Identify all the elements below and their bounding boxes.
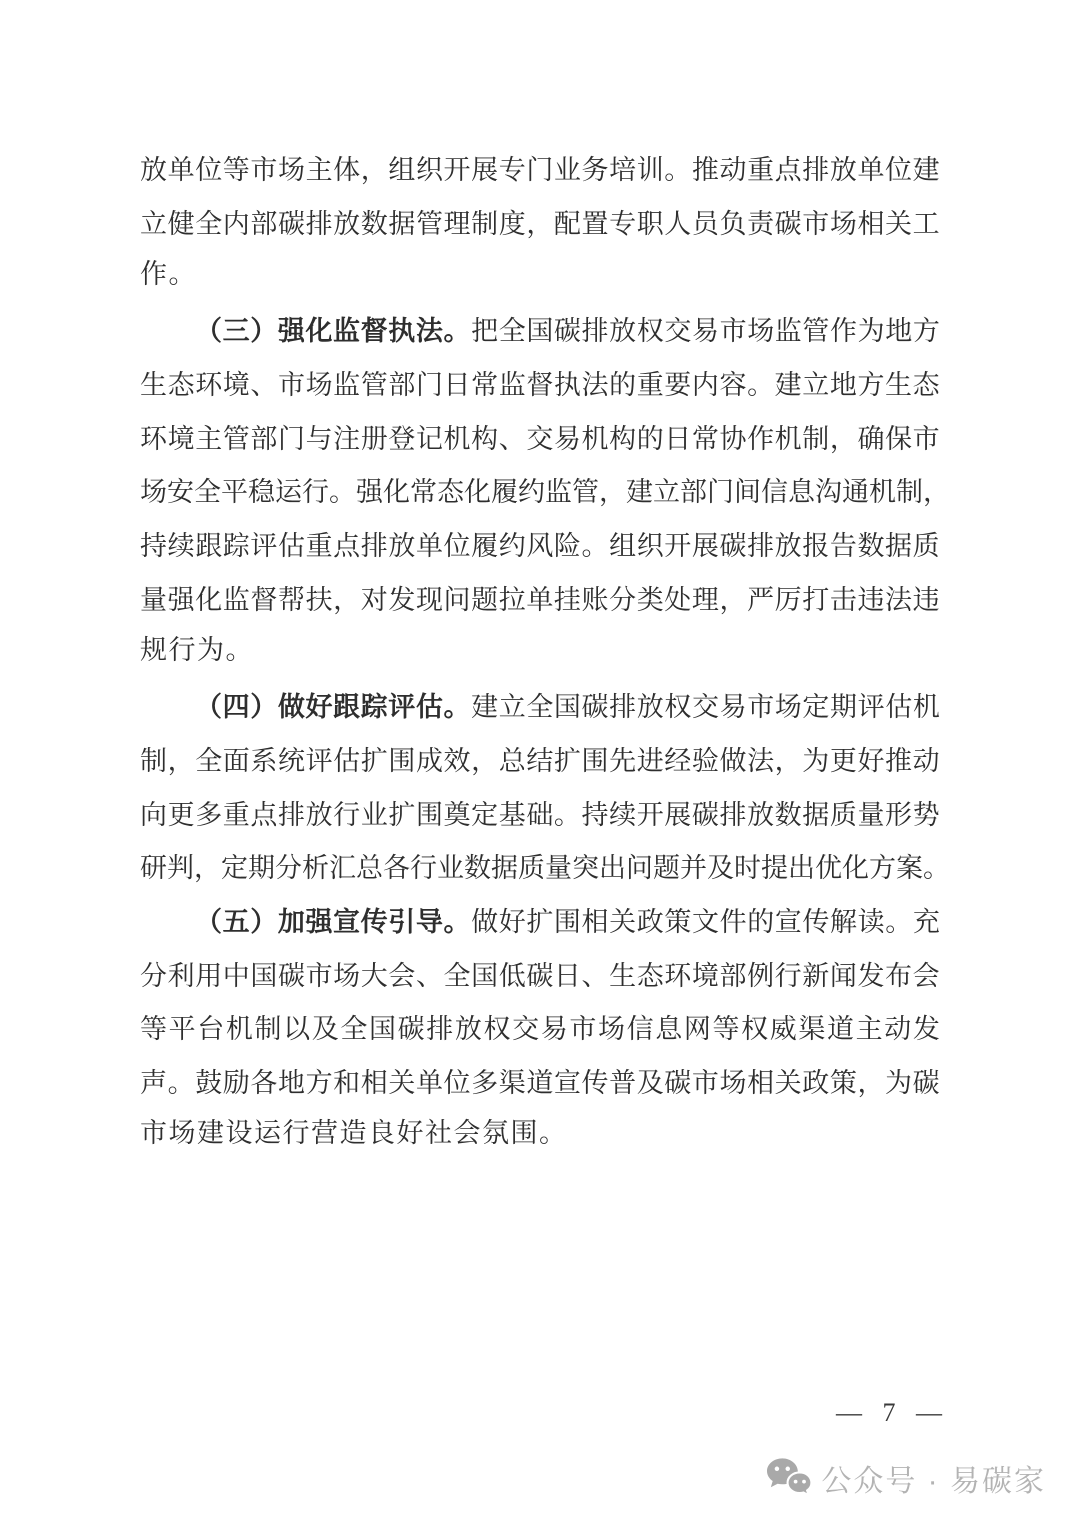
text-line: 制，全面系统评估扩围成效，总结扩围先进经验做法，为更好推动	[140, 732, 940, 786]
wechat-icon	[765, 1457, 812, 1500]
text-line: 持续跟踪评估重点排放单位履约风险。组织开展碳排放报告数据质	[140, 517, 940, 571]
text-line: （三）强化监督执法。把全国碳排放权交易市场监管作为地方	[140, 302, 940, 356]
watermark-text: 公众号 · 易碳家	[821, 1456, 1046, 1500]
text-line: 环境主管部门与注册登记机构、交易机构的日常协作机制，确保市	[140, 409, 940, 463]
document-body: 放单位等市场主体，组织开展专门业务培训。推动重点排放单位建立健全内部碳排放数据管…	[140, 141, 940, 1161]
text-line: 生态环境、市场监管部门日常监督执法的重要内容。建立地方生态	[140, 356, 940, 410]
text-line: （五）加强宣传引导。做好扩围相关政策文件的宣传解读。充	[140, 893, 940, 947]
text-line: 立健全内部碳排放数据管理制度，配置专职人员负责碳市场相关工	[140, 195, 940, 249]
text-line: （四）做好跟踪评估。建立全国碳排放权交易市场定期评估机	[140, 678, 940, 732]
text-line: 规行为。	[140, 624, 940, 678]
text-line: 分利用中国碳市场大会、全国低碳日、生态环境部例行新闻发布会	[140, 946, 940, 1000]
text-line: 研判，定期分析汇总各行业数据质量突出问题并及时提出优化方案。	[140, 839, 940, 893]
document-page: 放单位等市场主体，组织开展专门业务培训。推动重点排放单位建立健全内部碳排放数据管…	[0, 0, 1080, 1526]
text-line: 量强化监督帮扶，对发现问题拉单挂账分类处理，严厉打击违法违	[140, 571, 940, 625]
text-line: 作。	[140, 248, 940, 302]
text-line: 放单位等市场主体，组织开展专门业务培训。推动重点排放单位建	[140, 141, 940, 195]
text-line: 向更多重点排放行业扩围奠定基础。持续开展碳排放数据质量形势	[140, 785, 940, 839]
page-number: — 7 —	[836, 1398, 949, 1428]
text-line: 市场建设运行营造良好社会氛围。	[140, 1107, 940, 1161]
text-line: 等平台机制以及全国碳排放权交易市场信息网等权威渠道主动发	[140, 1000, 940, 1054]
text-line: 场安全平稳运行。强化常态化履约监管，建立部门间信息沟通机制，	[140, 463, 940, 517]
text-line: 声。鼓励各地方和相关单位多渠道宣传普及碳市场相关政策，为碳	[140, 1054, 940, 1108]
footer-watermark: 公众号 · 易碳家	[765, 1456, 1046, 1500]
